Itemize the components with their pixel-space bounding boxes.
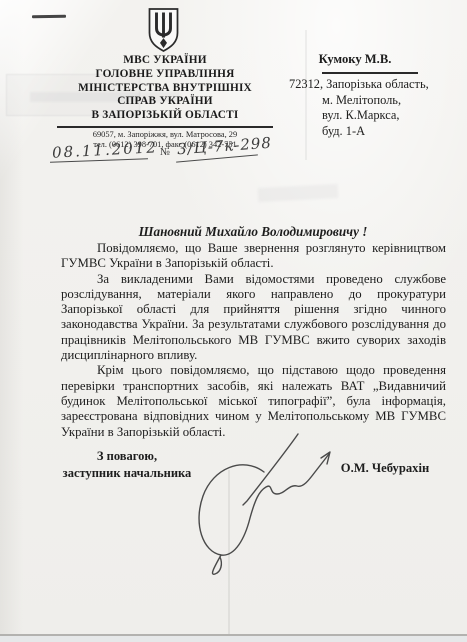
salutation: Шановний Михайло Володимировичу ! — [60, 224, 446, 240]
scanned-letter-page: МВС УКРАЇНИ ГОЛОВНЕ УПРАВЛІННЯ МІНІСТЕРС… — [0, 0, 467, 642]
scanner-background — [0, 636, 467, 642]
letterhead-org-name: МВС УКРАЇНИ ГОЛОВНЕ УПРАВЛІННЯ МІНІСТЕРС… — [40, 54, 290, 123]
letter-body: Повідомляємо, що Ваше звернення розгляну… — [61, 241, 446, 440]
org-line: СПРАВ УКРАЇНИ — [40, 95, 290, 109]
org-line: В ЗАПОРІЗЬКІЙ ОБЛАСТІ — [40, 109, 290, 123]
scan-ghost-showthrough — [258, 184, 339, 202]
recipient-address-line: м. Мелітополь, — [289, 93, 454, 109]
signature-scribble — [185, 428, 350, 580]
org-line: МІНІСТЕРСТВА ВНУТРІШНІХ — [40, 82, 290, 96]
recipient-divider — [322, 72, 418, 74]
recipient-name: Кумоку М.В. — [290, 52, 420, 67]
org-line: ГОЛОВНЕ УПРАВЛІННЯ — [40, 68, 290, 82]
body-paragraph: За викладеними Вами відомостями проведен… — [61, 272, 446, 364]
recipient-address-line: 72312, Запорізька область, — [289, 77, 454, 93]
ukraine-trident-icon — [146, 7, 181, 53]
ref-number-sign: № — [160, 147, 170, 158]
closing-block: З повагою, заступник начальника — [62, 448, 192, 481]
org-line: МВС УКРАЇНИ — [40, 54, 290, 68]
recipient-address-line: буд. 1-А — [289, 124, 454, 140]
scan-artifact-dash — [32, 15, 66, 19]
closing-title: заступник начальника — [62, 465, 192, 482]
closing-respect: З повагою, — [62, 448, 192, 465]
recipient-address: 72312, Запорізька область, м. Мелітополь… — [289, 77, 454, 139]
signer-name: О.М. Чебурахін — [320, 461, 450, 476]
letterhead-divider — [57, 126, 273, 128]
recipient-address-line: вул. К.Маркса, — [289, 108, 454, 124]
body-paragraph: Повідомляємо, що Ваше звернення розгляну… — [61, 241, 446, 272]
